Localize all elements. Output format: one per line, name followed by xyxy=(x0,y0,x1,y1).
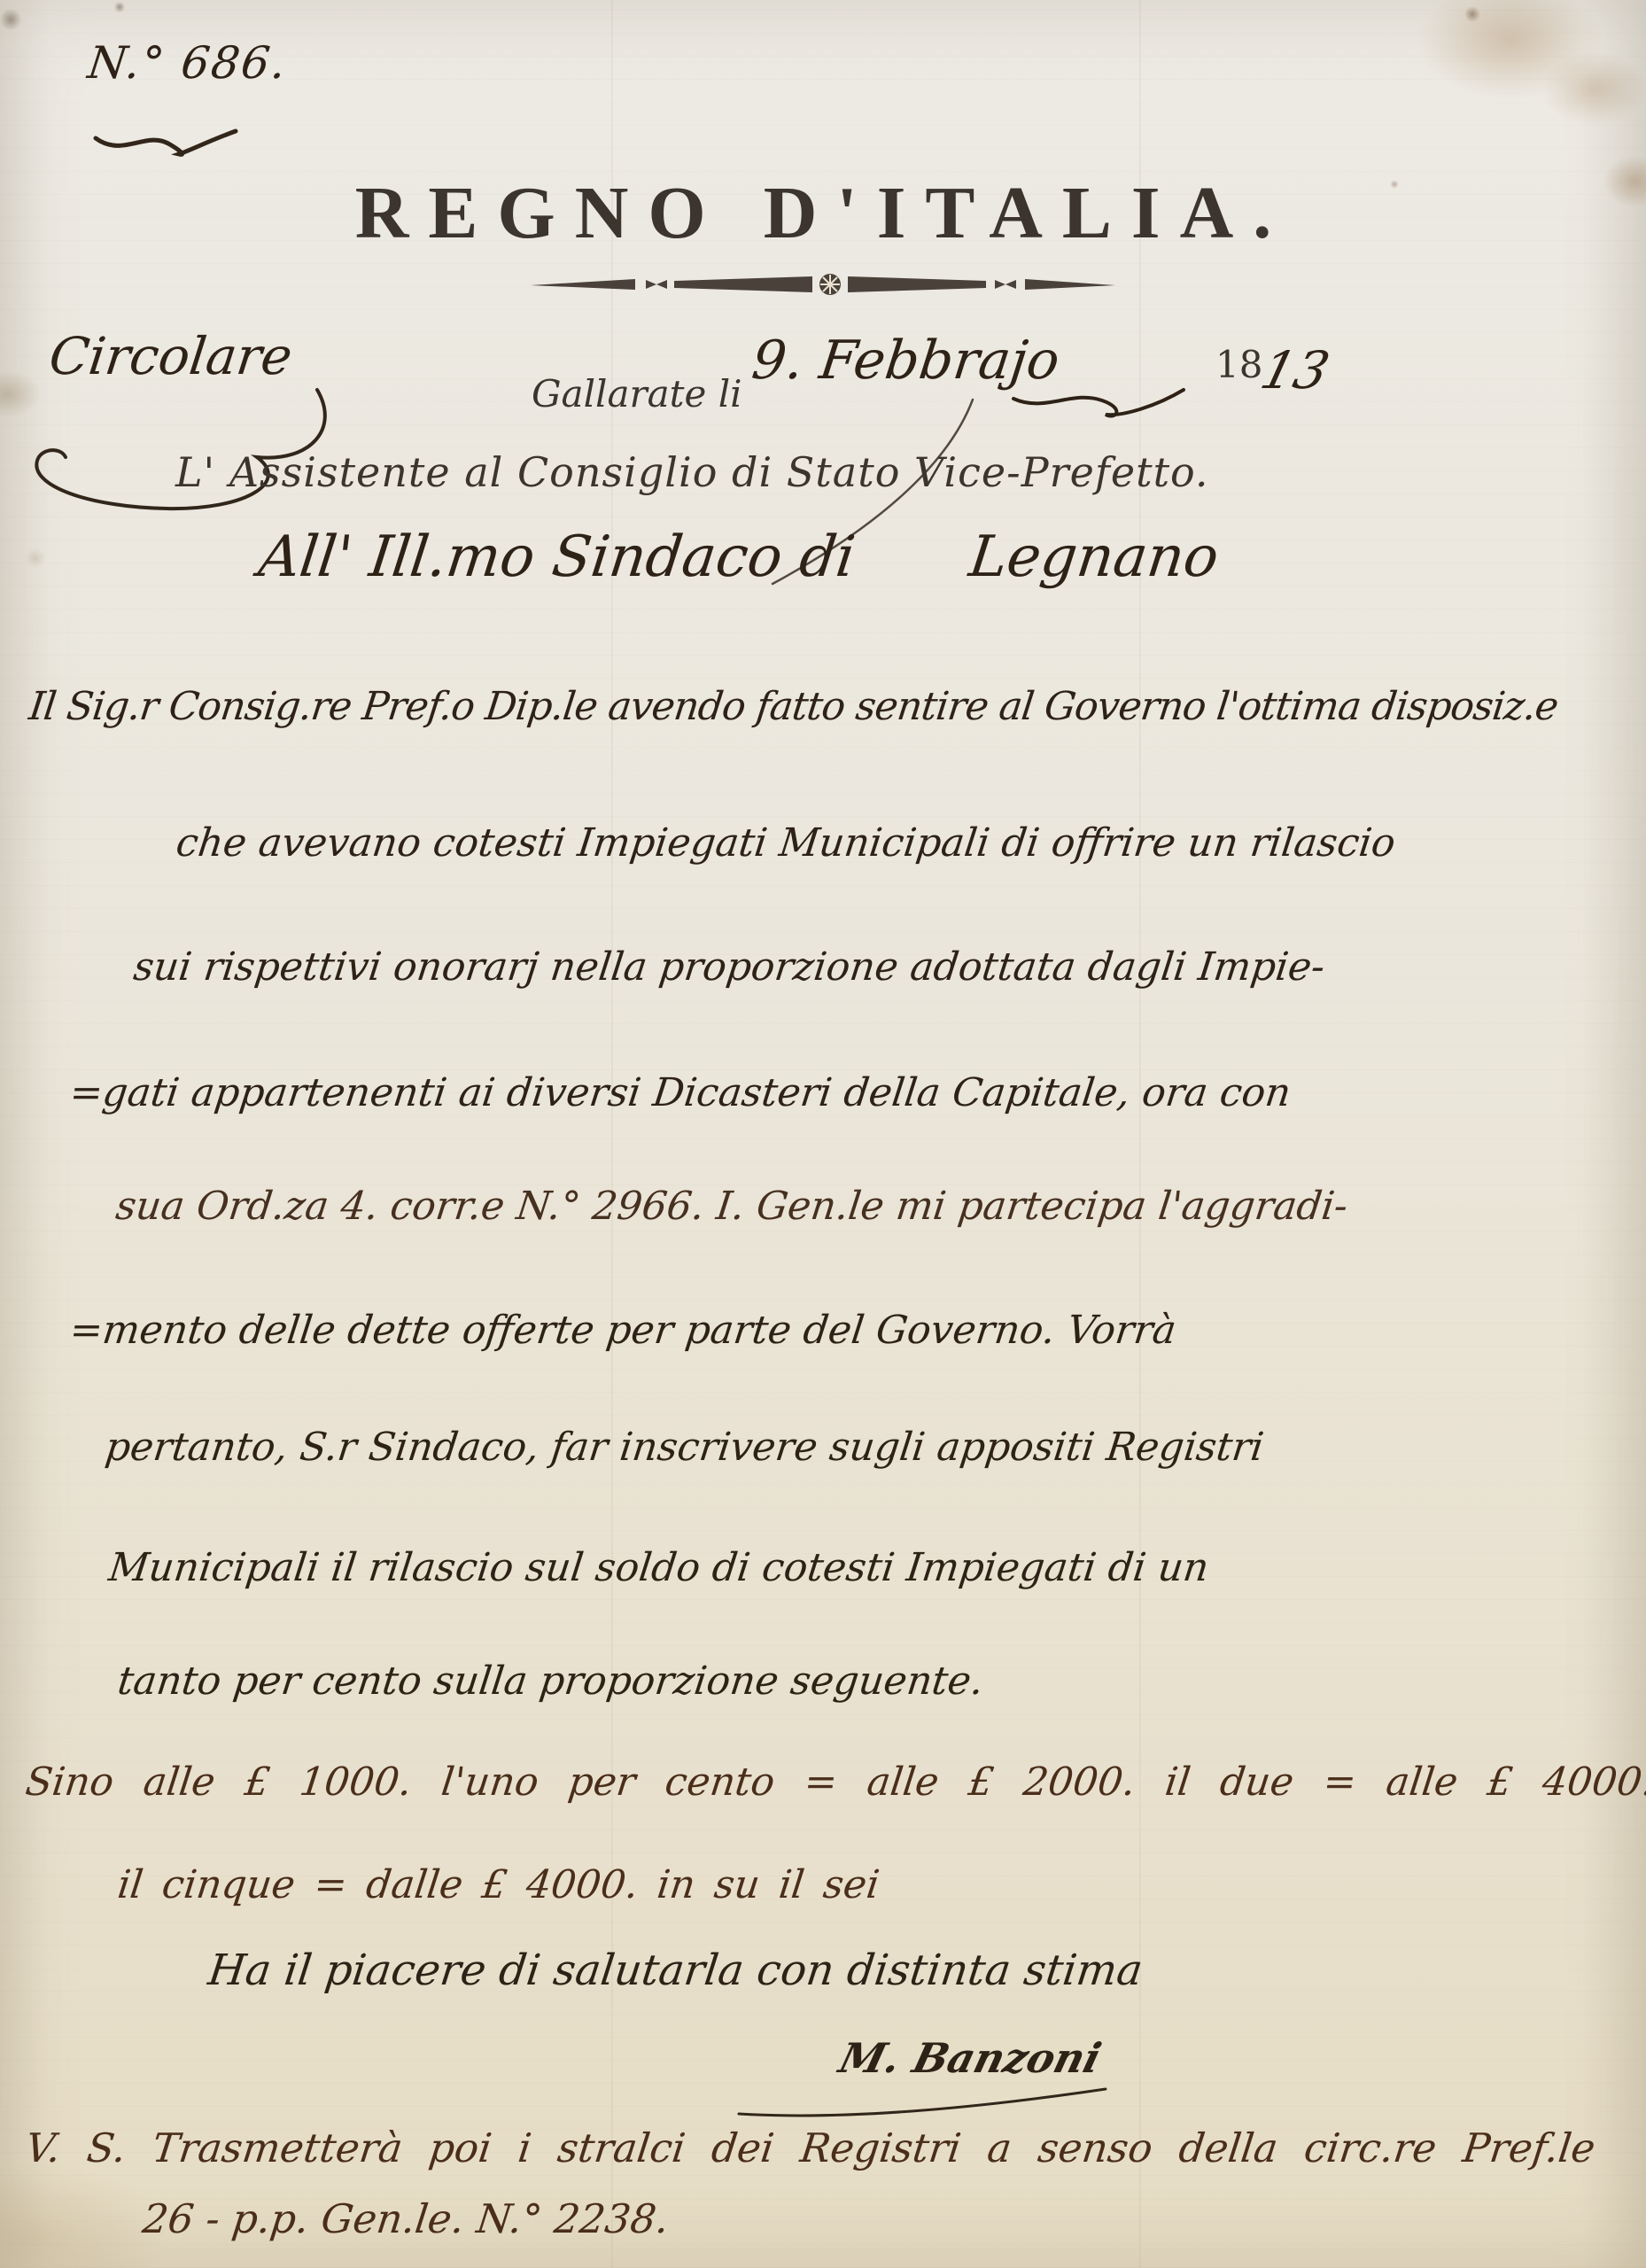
divider-ornament xyxy=(531,271,1115,298)
doc-number: N.° 686. xyxy=(85,37,291,89)
body-line: sua Ord.za 4. corr.e N.° 2966. I. Gen.le… xyxy=(113,1184,1350,1229)
body-line: Municipali il rilascio sul soldo di cote… xyxy=(106,1545,1211,1590)
addressee-line: All' Ill.mo Sindaco diLegnano xyxy=(255,524,1223,590)
body-line: =gati appartenenti ai diversi Dicasteri … xyxy=(67,1070,1293,1115)
document-page: N.° 686. REGNO D'ITALIA. Circolare Galla… xyxy=(0,0,1646,2268)
body-line: Il Sig.r Consig.re Pref.o Dip.le avendo … xyxy=(27,684,1560,729)
body-line: pertanto, S.r Sindaco, far inscrivere su… xyxy=(103,1425,1266,1470)
paper-crease xyxy=(611,0,613,2268)
tariff-line: il cinque = dalle £ 4000. in su il sei xyxy=(115,1862,881,1907)
body-line: sui rispettivi onorarj nella proporzione… xyxy=(131,944,1327,990)
dateline-year-printed: 18 xyxy=(1215,343,1262,386)
postscript-line: 26 - p.p. Gen.le. N.° 2238. xyxy=(140,2195,672,2242)
signature: M. Banzoni xyxy=(835,2034,1106,2082)
page-title: REGNO D'ITALIA. xyxy=(0,170,1646,256)
addressee-place: Legnano xyxy=(966,524,1223,590)
addressee-salutation: All' Ill.mo Sindaco di xyxy=(255,524,858,590)
brace-flourish-icon xyxy=(92,124,243,163)
dateline-flourish-icon xyxy=(1010,381,1187,422)
paper-crease xyxy=(1139,0,1141,2268)
dateline-place: Gallarate li xyxy=(532,372,742,416)
dateline-year: 1813 xyxy=(1215,340,1328,400)
sender-title: L' Assistente al Consiglio di Stato Vice… xyxy=(175,448,1209,496)
tariff-line: Sino alle £ 1000. l'uno per cento = alle… xyxy=(23,1759,1646,1805)
circular-label: Circolare xyxy=(46,326,296,386)
signature-flourish-icon xyxy=(732,2084,1113,2123)
closing-line: Ha il piacere di salutarla con distinta … xyxy=(206,1946,1145,1995)
body-line: =mento delle dette offerte per parte del… xyxy=(67,1308,1179,1353)
dateline-year-handwritten: 13 xyxy=(1255,340,1336,400)
body-line: tanto per cento sulla proporzione seguen… xyxy=(115,1658,986,1704)
postscript-line: V. S. Trasmetterà poi i stralci dei Regi… xyxy=(23,2124,1598,2171)
body-line: che avevano cotesti Impiegati Municipali… xyxy=(174,820,1398,866)
